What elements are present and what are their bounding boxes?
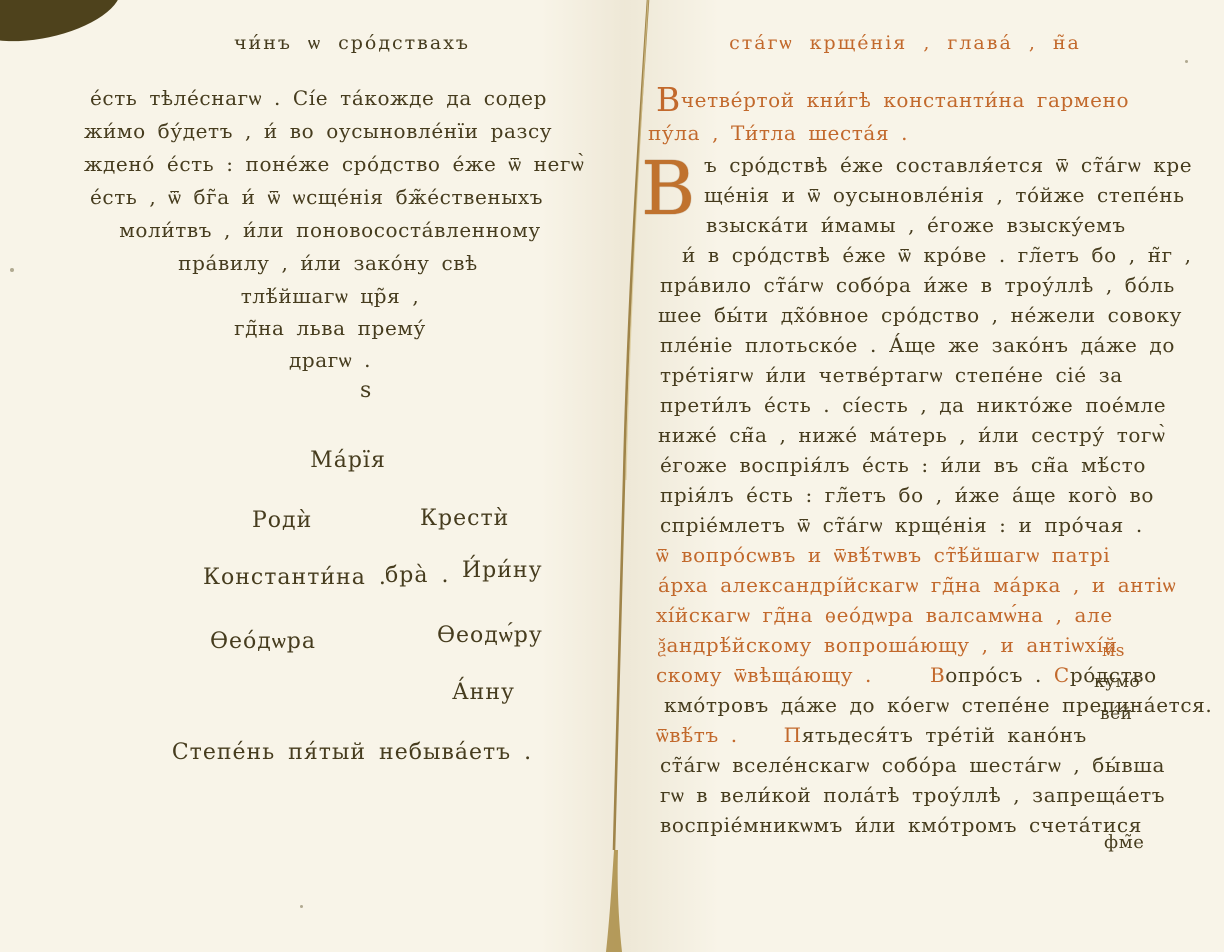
rubric-line: а́рха александрі́йскагѡ гд̃на ма́рка , и… <box>658 573 1176 598</box>
diagram-brother-label: бра̀ . <box>385 563 449 588</box>
diagram-footnote: Степе́нь пя́тый небыва́етъ . <box>172 740 532 765</box>
text-line: ще́нія и ѿ оусыновле́нія , то́йже степе́… <box>704 183 1185 208</box>
text-line: гѡ в вели́кой пола́тѣ троу́ллѣ , запреща… <box>660 783 1165 808</box>
text-line: е́сть , ѿ бг̃а и́ ѿ ѡсще́нія бж̃е́ствены… <box>90 185 543 210</box>
margin-note-number: м̃ѕ <box>1102 641 1125 661</box>
diagram-son: Константи́на . <box>203 565 387 590</box>
folio-signature: фм̃е <box>1104 832 1145 853</box>
rubric-intro-line: Вчетве́ртой кни́гѣ константи́на гармено <box>656 88 1129 112</box>
margin-note-word: ку́мо <box>1094 672 1140 692</box>
text-line: моли́твъ , и́ли поновососта́вленному <box>119 218 541 242</box>
diagram-baptized-label: Крестѝ <box>420 506 509 531</box>
text-line: пле́ніе плотьско́е . А́ще же зако́нъ да́… <box>660 333 1175 357</box>
text-line: ъ сро́дствѣ е́же составля́ется ѿ ст̃а́гѡ… <box>704 153 1192 178</box>
paper-speck <box>300 905 303 908</box>
text-line: ст̃а́гѡ вселе́нскагѡ собо́ра шеста́гѡ , … <box>660 753 1165 778</box>
text-line: шее бы́ти дх̃о́вное сро́дство , не́жели … <box>658 303 1182 327</box>
scan-corner-artifact <box>0 0 127 54</box>
rubric-intro-text: четве́ртой кни́гѣ константи́на гармено <box>681 88 1129 112</box>
diagram-theodora: Ѳео́дѡра <box>210 628 316 654</box>
text-line: е́сть тѣле́снагѡ . Сі́е та́кожде да соде… <box>90 86 547 111</box>
text-line: прети́лъ е́сть . сі́есть , да никто́же п… <box>660 393 1166 417</box>
question-line: скому ѿвѣща́ющу . Вопро́съ . Сро́дство <box>656 663 1157 688</box>
text-line: взыска́ти и́мамы , е́гоже взыску́емъ <box>706 213 1126 237</box>
diagram-theodoru: Ѳеодѡ́ру <box>437 622 543 648</box>
diagram-mother: Ма́рїя <box>310 448 386 473</box>
rubric-initial: В <box>656 80 681 119</box>
rubric-fragment: скому ѿвѣща́ющу . <box>656 663 872 687</box>
text-line: тлѣ́йшагѡ цр̃я , <box>241 284 420 309</box>
rubric-line: ѿ вопро́сѡвъ и ѿвѣ́тѡвъ ст̃ѣ́йшагѡ патрі <box>656 543 1110 568</box>
running-title-left: чи́нъ ѡ сро́дствахъ <box>234 32 470 55</box>
text-line: гд̃на льва прему́ <box>234 316 426 340</box>
margin-note-word: ве́й <box>1100 704 1132 724</box>
text-line: жи́мо бу́детъ , и́ во оусыновле́нїи разс… <box>84 119 552 143</box>
answer-text: Пятьдеся́тъ тре́тій кано́нъ <box>784 723 1087 747</box>
diagram-annu: А́нну <box>452 680 515 705</box>
text-line: тре́тіягѡ и́ли четве́ртагѡ степе́не сіе́… <box>660 363 1123 388</box>
question-label: Вопро́съ . <box>930 663 1042 687</box>
text-line: пра́вило ст̃а́гѡ собо́ра и́же в троу́ллѣ… <box>660 273 1175 298</box>
drop-cap-initial: В <box>641 146 695 232</box>
text-line: пра́вилу , и́ли зако́ну свѣ <box>178 251 478 275</box>
answer-label: ѿвѣ́тъ . <box>656 723 738 747</box>
text-line: и́ в сро́дствѣ е́же ѿ кро́ве . гл̃етъ бо… <box>682 243 1192 268</box>
text-line: прія́лъ е́сть : гл̃етъ бо , и́же а́ще ко… <box>660 483 1154 507</box>
answer-line: ѿвѣ́тъ . Пятьдеся́тъ тре́тій кано́нъ <box>656 723 1087 748</box>
gutter-shade-left <box>540 0 625 952</box>
text-line: ниже́ сн̃а , ниже́ ма́терь , и́ли сестру… <box>658 423 1165 448</box>
text-line: воспріе́мникѡмъ и́ли кмо́тромъ счета́тис… <box>660 813 1142 838</box>
diagram-born-label: Родѝ <box>252 508 312 533</box>
rubric-line: хі́йскагѡ гд̃на ѳео́дѡра валсамѡ́на , ал… <box>656 603 1113 628</box>
running-title-right: ста́гѡ крще́нія , глава́ , н̃а <box>729 32 1081 55</box>
paper-speck <box>10 268 14 272</box>
text-line: е́гоже воспрія́лъ е́сть : и́ли въ сн̃а м… <box>660 453 1146 477</box>
book-scan-spread: чи́нъ ѡ сро́дствахъ е́сть тѣле́снагѡ . С… <box>0 0 1224 952</box>
text-line: ждено́ е́сть : поне́же сро́дство е́же ѿ … <box>84 152 584 177</box>
rubric-intro-line2: пу́ла , Ти́тла шеста́я . <box>648 121 908 145</box>
rubric-line: ѯандрѣ́йскому вопроша́ющу , и антіѡхі́й <box>658 633 1118 658</box>
diagram-irina: И́ри́ну <box>462 558 543 583</box>
text-line: спріе́млетъ ѿ ст̃а́гѡ крще́нія : и про́ч… <box>660 513 1143 538</box>
tailpiece-ornament: ѕ <box>360 378 372 403</box>
paper-speck <box>1185 60 1188 63</box>
text-line: драгѡ . <box>289 348 371 373</box>
